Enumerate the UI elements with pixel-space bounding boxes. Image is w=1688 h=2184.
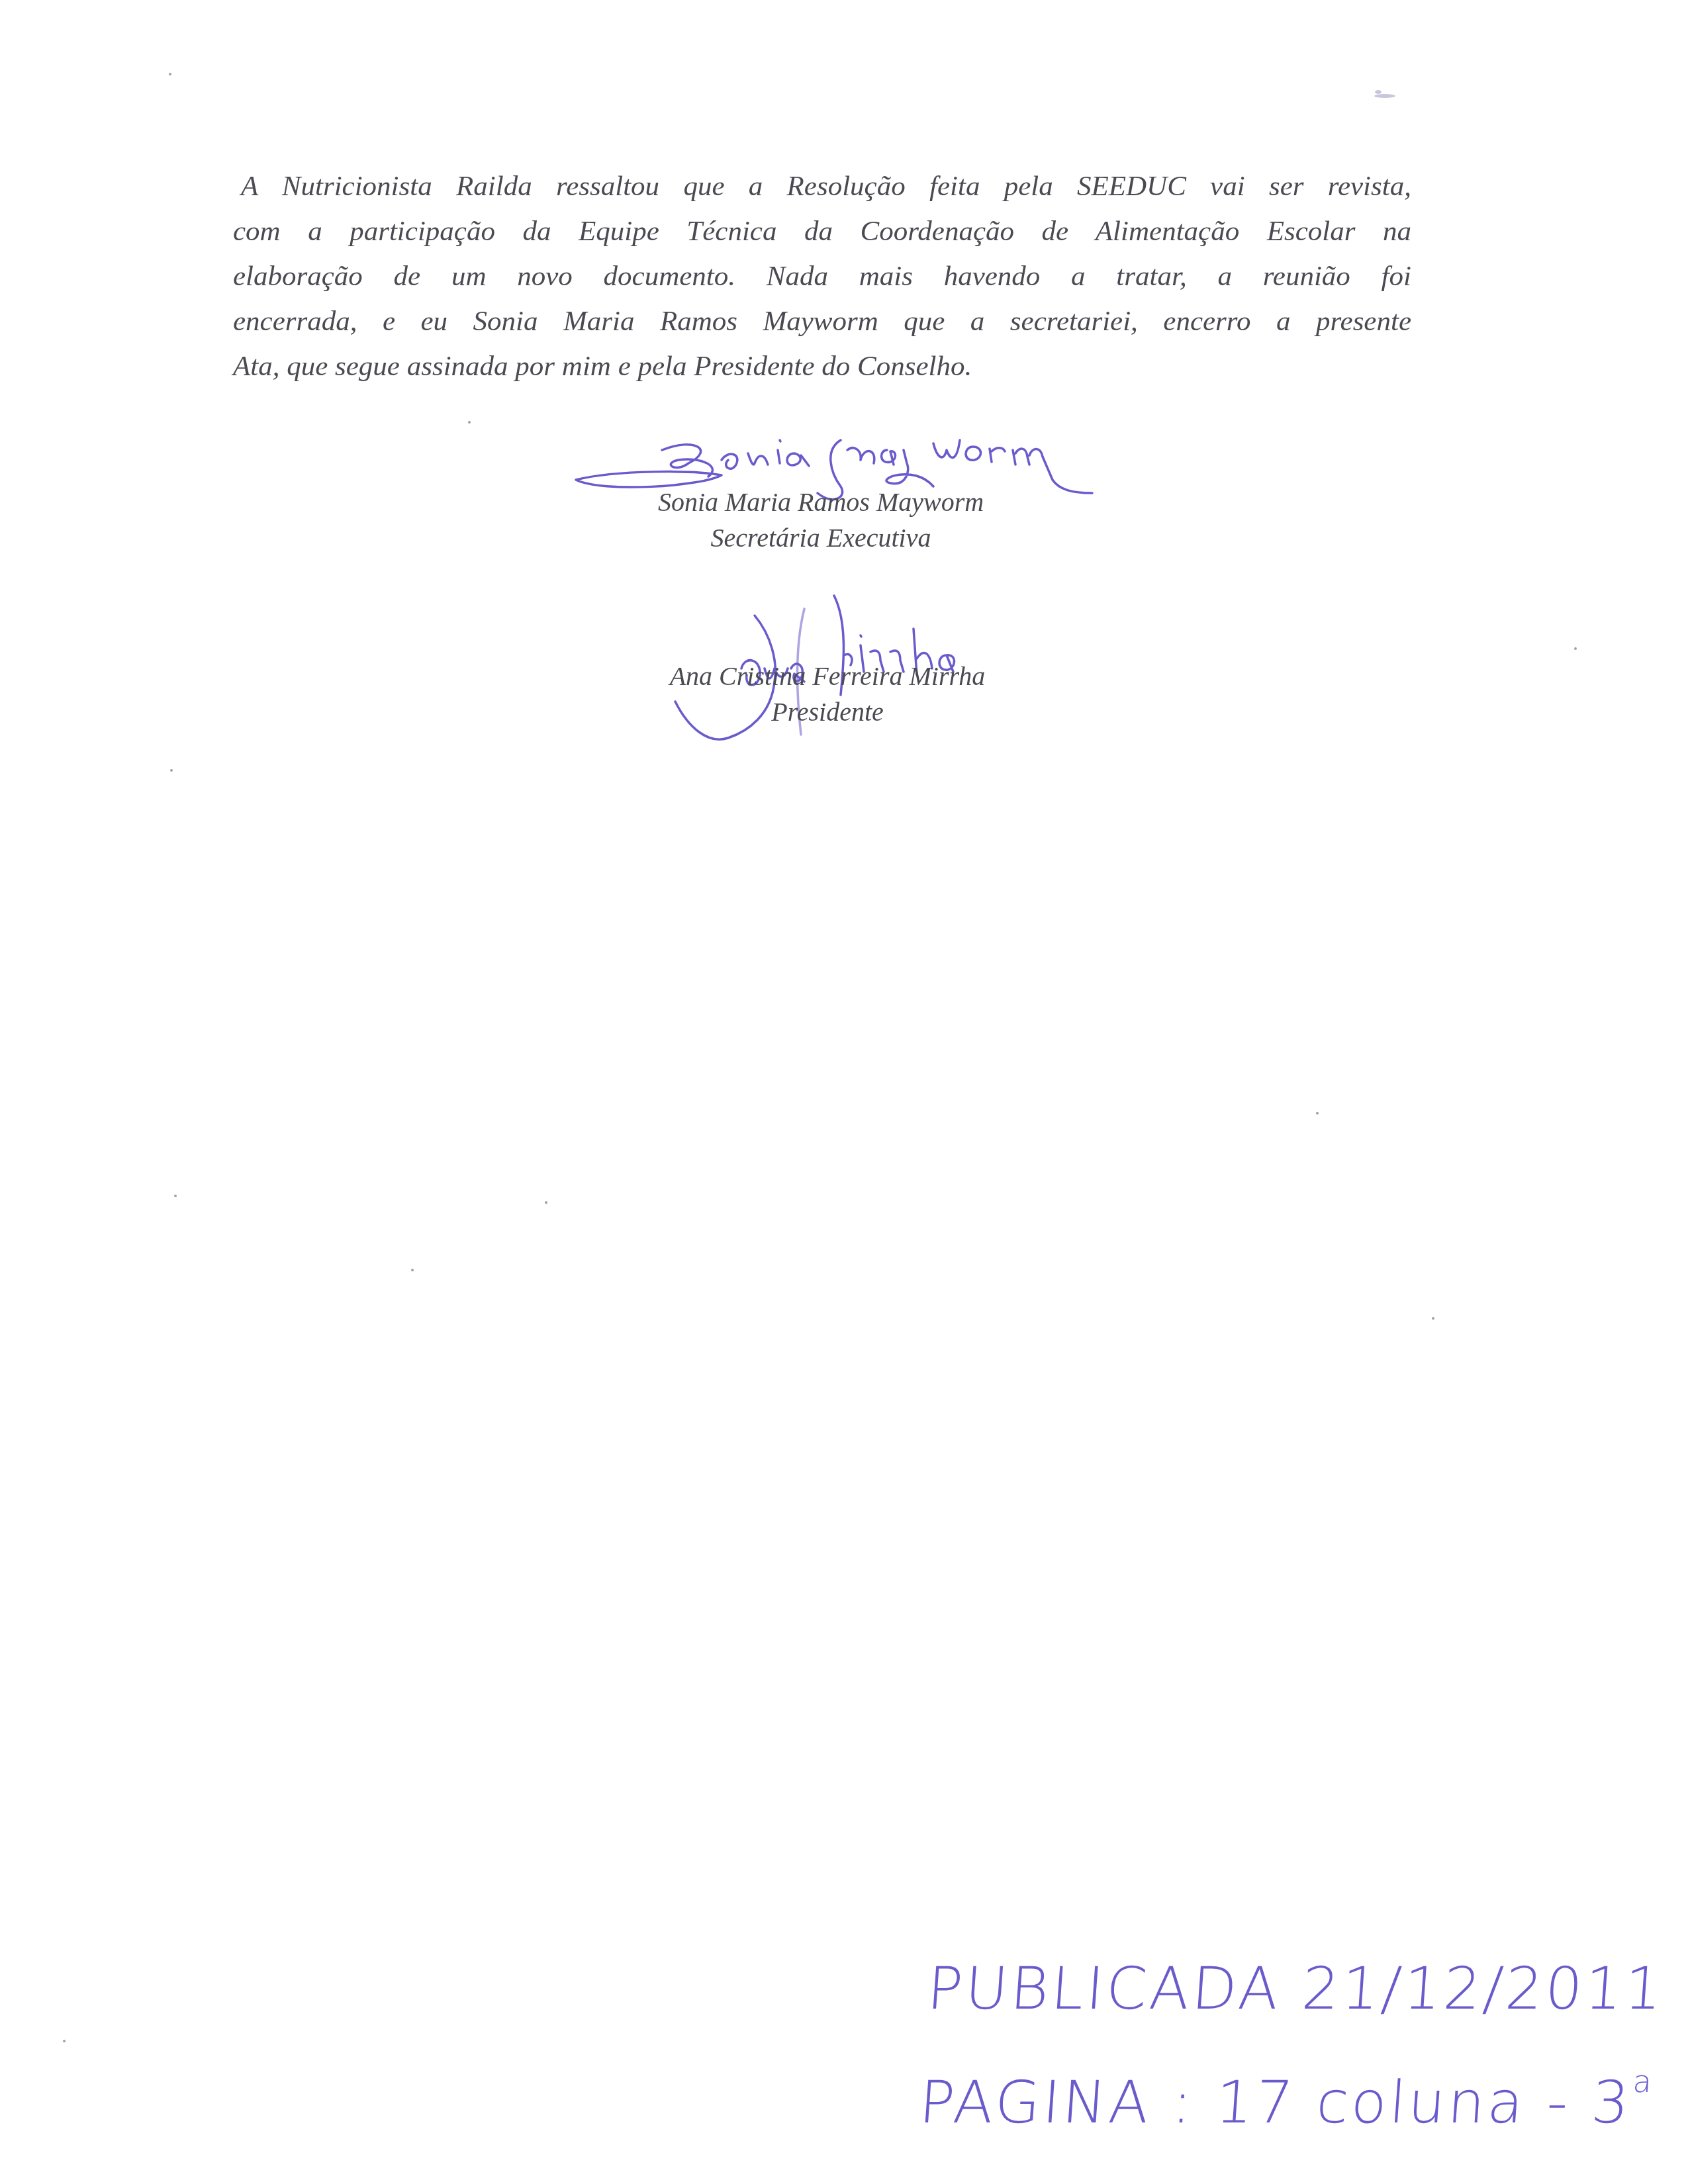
- scan-speck: [1432, 1317, 1434, 1320]
- signatory-name: Ana Cristina Ferreira Mirrha: [596, 659, 1059, 694]
- paragraph-line: com a participação da Equipe Técnica da …: [233, 209, 1411, 254]
- closing-paragraph: A Nutricionista Railda ressaltou que a R…: [233, 164, 1411, 389]
- paragraph-line: A Nutricionista Railda ressaltou que a R…: [233, 164, 1411, 209]
- signatory-block-president: Ana Cristina Ferreira Mirrha Presidente: [596, 659, 1059, 730]
- paragraph-line: encerrada, e eu Sonia Maria Ramos Maywor…: [233, 299, 1411, 344]
- scan-speck: [468, 421, 471, 424]
- scan-speck: [545, 1201, 547, 1204]
- scan-speck: [174, 1195, 177, 1197]
- scan-smudge-mark: [1372, 89, 1405, 99]
- signatory-name: Sonia Maria Ramos Mayworm: [583, 484, 1059, 520]
- scan-speck: [170, 769, 173, 772]
- publication-date-line: PUBLICADA 21/12/2011: [924, 1942, 1667, 2035]
- publication-page-line: PAGINA : 17 coluna - 3a: [916, 2035, 1661, 2149]
- paragraph-line: elaboração de um novo documento. Nada ma…: [233, 254, 1411, 299]
- scan-speck: [63, 2040, 66, 2042]
- scan-speck: [411, 1269, 414, 1271]
- scan-speck: [1316, 1112, 1319, 1115]
- signatory-role: Secretária Executiva: [583, 520, 1059, 556]
- signatory-block-secretary: Sonia Maria Ramos Mayworm Secretária Exe…: [583, 484, 1059, 556]
- ordinal-superscript: a: [1632, 2064, 1656, 2099]
- scan-speck: [1574, 647, 1577, 650]
- scan-speck: [169, 73, 171, 75]
- document-page: A Nutricionista Railda ressaltou que a R…: [0, 0, 1688, 2184]
- paragraph-line: Ata, que segue assinada por mim e pela P…: [233, 344, 1411, 389]
- page-column-text: PAGINA : 17 coluna - 3: [917, 2068, 1634, 2136]
- signatory-role: Presidente: [596, 694, 1059, 730]
- handwritten-publication-note: PUBLICADA 21/12/2011 PAGINA : 17 coluna …: [916, 1942, 1667, 2149]
